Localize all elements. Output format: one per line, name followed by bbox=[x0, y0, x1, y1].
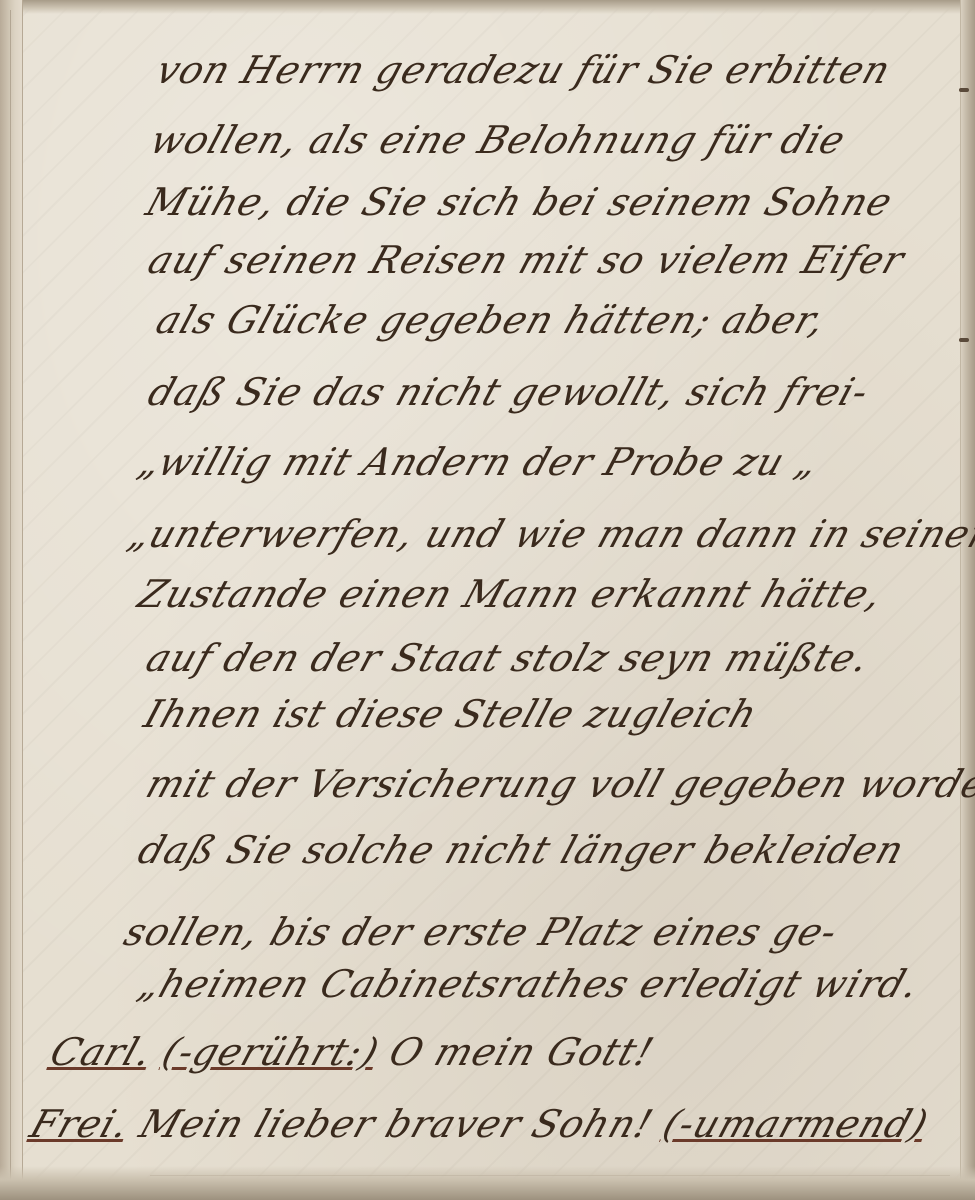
text-line: daß Sie das nicht gewollt, sich frei- bbox=[143, 370, 875, 414]
stage-direction: (-umarmend) bbox=[658, 1102, 934, 1146]
text-line: daß Sie solche nicht länger bekleiden bbox=[133, 828, 910, 872]
text-line: auf den der Staat stolz seyn müßte. bbox=[141, 636, 876, 680]
speaker-name: Carl. bbox=[45, 1030, 158, 1074]
dialogue-line-carl: Carl. (-gerührt:) O mein Gott! bbox=[45, 1030, 660, 1074]
text-line: Zustande einen Mann erkannt hätte, bbox=[133, 572, 889, 616]
text-line: mit der Versicherung voll gegeben worden bbox=[141, 762, 975, 806]
manuscript-page: von Herrn geradezu für Sie erbitten woll… bbox=[0, 0, 975, 1200]
text-line: als Glücke gegeben hätten; aber, bbox=[151, 298, 832, 342]
text-line: wollen, als eine Belohnung für die bbox=[145, 118, 852, 162]
text-line: „willig mit Andern der Probe zu „ bbox=[133, 440, 825, 484]
text-line: sollen, bis der erste Platz eines ge- bbox=[119, 910, 844, 954]
speech-text: O mein Gott! bbox=[384, 1030, 660, 1074]
manuscript-text: von Herrn geradezu für Sie erbitten woll… bbox=[0, 0, 975, 1200]
page-bottom-edge bbox=[0, 1166, 975, 1200]
text-line: auf seinen Reisen mit so vielem Eifer bbox=[143, 238, 910, 282]
text-line: „heimen Cabinetsrathes erledigt wird. bbox=[133, 962, 925, 1006]
text-line: Ihnen ist diese Stelle zugleich bbox=[139, 692, 763, 736]
speech-text: Mein lieber braver Sohn! bbox=[134, 1102, 659, 1146]
speaker-name: Frei. bbox=[25, 1102, 136, 1146]
stage-direction: (-gerührt:) bbox=[157, 1030, 385, 1074]
dialogue-line-frei: Frei. Mein lieber braver Sohn! (-umarmen… bbox=[25, 1102, 934, 1146]
text-line: „unterwerfen, und wie man dann in seinem bbox=[123, 512, 975, 556]
text-line: von Herrn geradezu für Sie erbitten bbox=[151, 48, 897, 92]
text-line: Mühe, die Sie sich bei seinem Sohne bbox=[141, 180, 899, 224]
